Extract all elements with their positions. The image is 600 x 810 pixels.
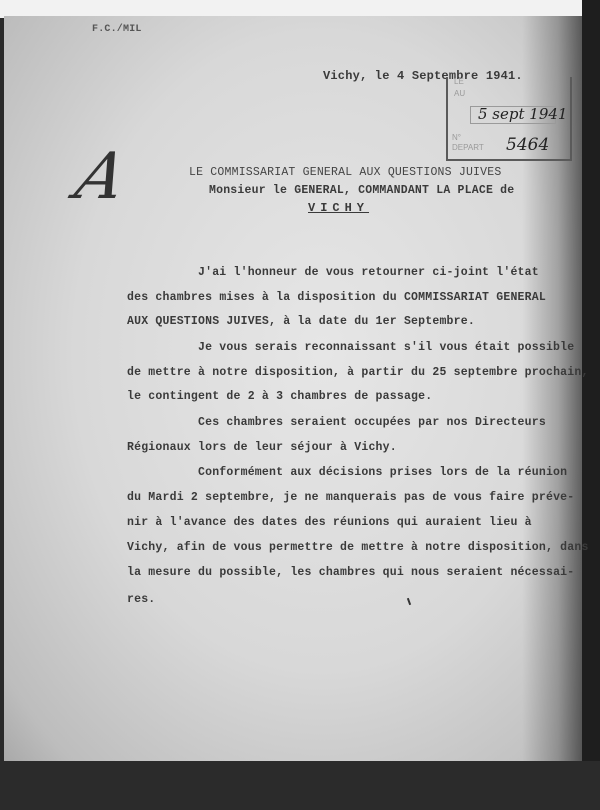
- body-line: Régionaux lors de leur séjour à Vichy.: [127, 441, 397, 454]
- stamp-label-2: AU: [454, 89, 465, 98]
- body-line: J'ai l'honneur de vous retourner ci-join…: [198, 266, 539, 279]
- body-line: des chambres mises à la disposition du C…: [127, 291, 546, 304]
- recipient-heading: Monsieur le GENERAL, COMMANDANT LA PLACE…: [209, 184, 514, 197]
- stamp-label-1: LE: [454, 77, 464, 86]
- body-line: Je vous serais reconnaissant s'il vous é…: [198, 341, 574, 354]
- body-line: AUX QUESTIONS JUIVES, à la date du 1er S…: [127, 315, 475, 328]
- recipient-city: VICHY: [308, 201, 369, 215]
- stamp-depart-label: DEPART: [452, 143, 484, 152]
- stamp-number: 5464: [506, 135, 549, 155]
- body-line: Conformément aux décisions prises lors d…: [198, 466, 567, 479]
- scan-bottom-edge: [0, 761, 600, 810]
- body-line: le contingent de 2 à 3 chambres de passa…: [127, 390, 432, 403]
- reference-code: F.C./MIL: [92, 24, 142, 35]
- scan-right-edge: [582, 0, 600, 810]
- stamp-number-label: N°: [452, 133, 461, 142]
- body-line: Vichy, afin de vous permettre de mettre …: [127, 541, 589, 554]
- body-line: Ces chambres seraient occupées par nos D…: [198, 416, 546, 429]
- body-line: nir à l'avance des dates des réunions qu…: [127, 516, 532, 529]
- body-line: de mettre à notre disposition, à partir …: [127, 366, 589, 379]
- body-line: res.: [127, 593, 155, 606]
- stamp-received-date: 5 sept 1941: [478, 105, 567, 123]
- body-line: du Mardi 2 septembre, je ne manquerais p…: [127, 491, 574, 504]
- sender-heading: LE COMMISSARIAT GENERAL AUX QUESTIONS JU…: [189, 166, 501, 179]
- body-line: la mesure du possible, les chambres qui …: [127, 566, 574, 579]
- registry-stamp: LE AU 5 sept 1941 N° DEPART 5464: [446, 77, 572, 161]
